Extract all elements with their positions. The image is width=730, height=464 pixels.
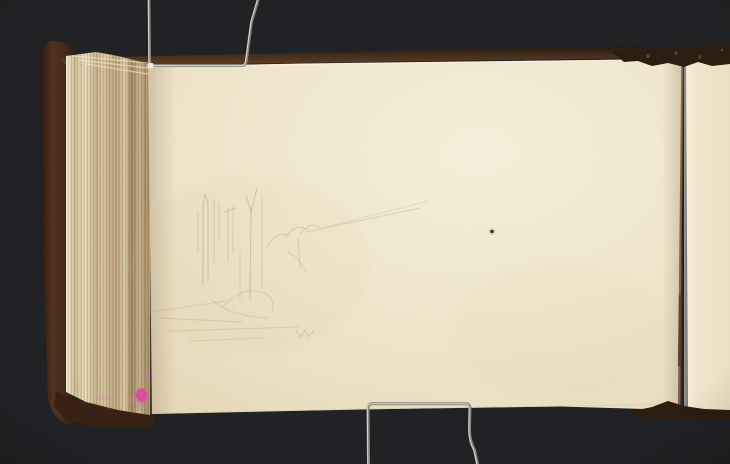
sketchbook-photo [0,0,730,464]
photo-canvas [0,0,730,464]
vignette [0,0,730,464]
